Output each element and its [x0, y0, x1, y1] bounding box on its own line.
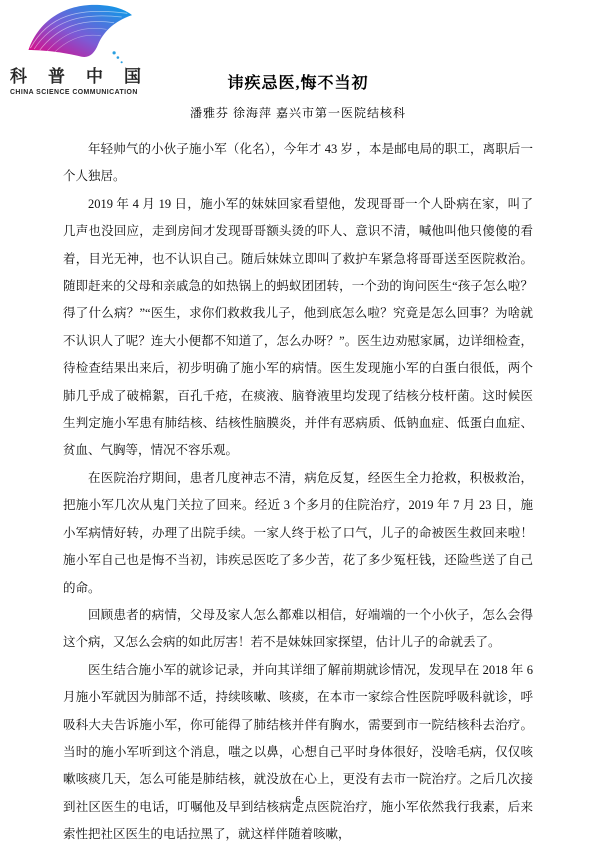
paragraph: 回顾患者的病情，父母及家人怎么都难以相信，好端端的一个小伙子，怎么会得这个病，又… [63, 602, 533, 657]
paragraph: 医生结合施小军的就诊记录，并向其详细了解前期就诊情况，发现早在 2018 年 6… [63, 657, 533, 842]
article-body: 年轻帅气的小伙子施小军（化名），今年才 43 岁 ，本是邮电局的职工，离职后一个… [63, 136, 533, 842]
paragraph: 在医院治疗期间，患者几度神志不清，病危反复，经医生全力抢救，积极救治，把施小军几… [63, 465, 533, 602]
paragraph: 2019 年 4 月 19 日，施小军的妹妹回家看望他，发现哥哥一个人卧病在家，… [63, 191, 533, 465]
document-page: 科普中国 CHINA SCIENCE COMMUNICATION 讳疾忌医,悔不… [0, 0, 596, 842]
article-byline: 潘雅芬 徐海萍 嘉兴市第一医院结核科 [63, 104, 533, 121]
logo-swoosh-icon [20, 2, 148, 66]
page-number: 6 [0, 795, 596, 806]
paragraph: 年轻帅气的小伙子施小军（化名），今年才 43 岁 ，本是邮电局的职工，离职后一个… [63, 136, 533, 191]
article-title: 讳疾忌医,悔不当初 [63, 70, 533, 93]
article: 讳疾忌医,悔不当初 潘雅芬 徐海萍 嘉兴市第一医院结核科 年轻帅气的小伙子施小军… [63, 70, 533, 842]
